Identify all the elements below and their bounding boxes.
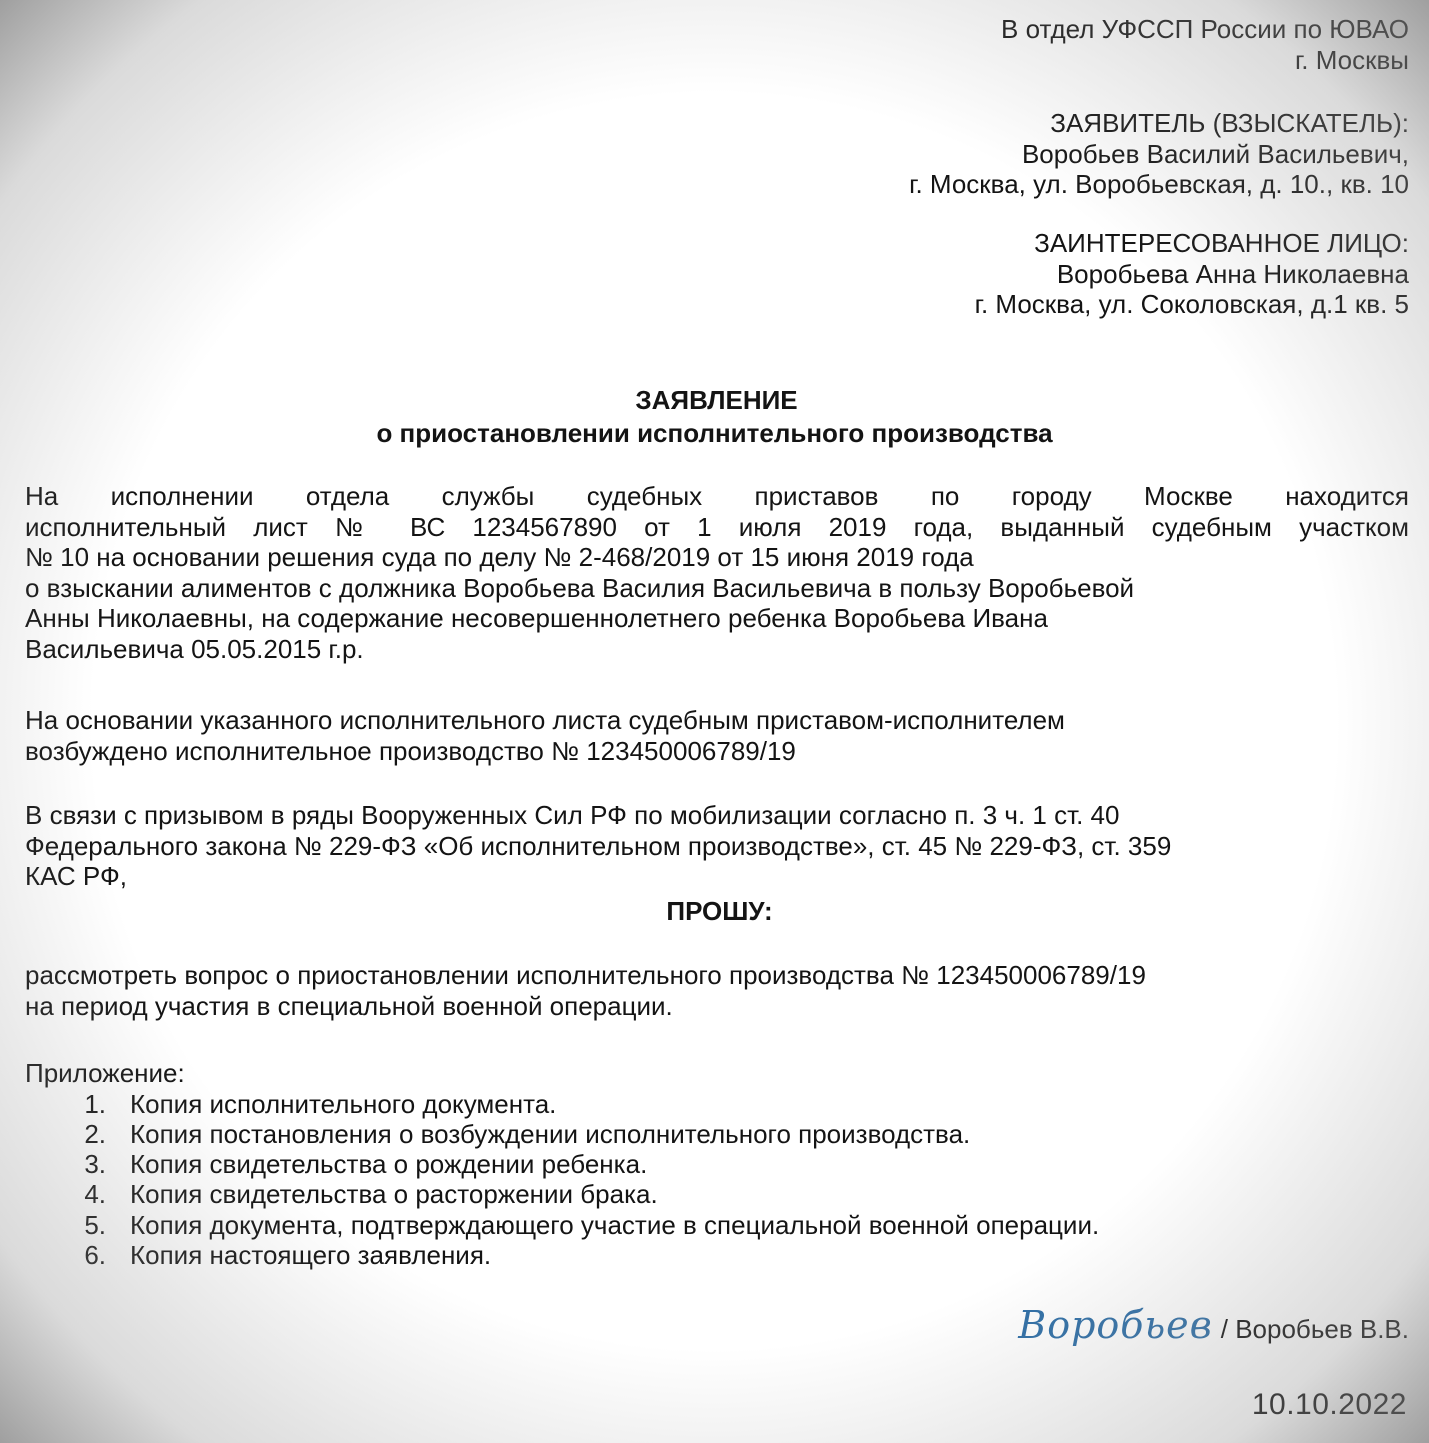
interested-party-name: Воробьева Анна Николаевна (975, 259, 1409, 290)
paragraph-line: КАС РФ, (25, 861, 1409, 892)
attachment-item: 2. Копия постановления о возбуждении исп… (25, 1119, 1409, 1149)
attachment-item: 4. Копия свидетельства о расторжении бра… (25, 1179, 1409, 1209)
paragraph-line: возбуждено исполнительное производство №… (25, 736, 1409, 767)
document-title: ЗАЯВЛЕНИЕ о приостановлении исполнительн… (0, 383, 1429, 449)
printed-signature-name: / Воробьев В.В. (1221, 1314, 1409, 1345)
attachment-text: Копия документа, подтверждающего участие… (130, 1210, 1099, 1240)
interested-party-address: г. Москва, ул. Соколовская, д.1 кв. 5 (975, 289, 1409, 320)
paragraph-line: исполнительный лист № ВС 1234567890 от 1… (25, 512, 1409, 543)
document-page: В отдел УФССП России по ЮВАО г. Москвы З… (0, 0, 1429, 1443)
attachment-text: Копия исполнительного документа. (130, 1089, 556, 1119)
attachment-text: Копия свидетельства о рождении ребенка. (130, 1149, 647, 1179)
title-main: ЗАЯВЛЕНИЕ (0, 383, 1429, 417)
attachment-item: 5. Копия документа, подтверждающего учас… (25, 1210, 1409, 1240)
attachment-item: 1. Копия исполнительного документа. (25, 1089, 1409, 1119)
paragraph-line: № 10 на основании решения суда по делу №… (25, 542, 1409, 573)
attachment-text: Копия свидетельства о расторжении брака. (130, 1179, 658, 1209)
interested-party-label: ЗАИНТЕРЕСОВАННОЕ ЛИЦО: (975, 228, 1409, 259)
paragraph-line: рассмотреть вопрос о приостановлении исп… (25, 960, 1409, 991)
paragraph-line: На основании указанного исполнительного … (25, 705, 1409, 736)
addressee-line: В отдел УФССП России по ЮВАО (1001, 14, 1409, 45)
attachments-list: 1. Копия исполнительного документа. 2. К… (25, 1089, 1409, 1271)
title-subtitle: о приостановлении исполнительного произв… (0, 417, 1429, 449)
paragraph-proceedings: На основании указанного исполнительного … (25, 705, 1409, 766)
attachment-item: 6. Копия настоящего заявления. (25, 1240, 1409, 1270)
attachment-number: 5. (50, 1210, 130, 1240)
applicant-name: Воробьев Василий Васильевич, (909, 139, 1409, 170)
attachment-text: Копия настоящего заявления. (130, 1240, 491, 1270)
paragraph-line: о взыскании алиментов с должника Воробье… (25, 573, 1409, 604)
attachment-number: 6. (50, 1240, 130, 1270)
attachments-section: Приложение: 1. Копия исполнительного док… (25, 1058, 1409, 1270)
petition-heading: ПРОШУ: (0, 895, 1429, 927)
applicant-address: г. Москва, ул. Воробьевская, д. 10., кв.… (909, 169, 1409, 200)
attachment-number: 1. (50, 1089, 130, 1119)
paragraph-legal-basis: В связи с призывом в ряды Вооруженных Си… (25, 800, 1409, 892)
attachments-label: Приложение: (25, 1058, 1409, 1089)
attachment-text: Копия постановления о возбуждении исполн… (130, 1119, 970, 1149)
paragraph-line: Васильевича 05.05.2015 г.р. (25, 634, 1409, 665)
paragraph-enforcement-details: На исполнении отдела службы судебных при… (25, 481, 1409, 664)
interested-party-block: ЗАИНТЕРЕСОВАННОЕ ЛИЦО: Воробьева Анна Ни… (975, 228, 1409, 320)
paragraph-line: Федерального закона № 229-ФЗ «Об исполни… (25, 831, 1409, 862)
applicant-block: ЗАЯВИТЕЛЬ (ВЗЫСКАТЕЛЬ): Воробьев Василий… (909, 108, 1409, 200)
attachment-number: 2. (50, 1119, 130, 1149)
paragraph-line: на период участия в специальной военной … (25, 991, 1409, 1022)
handwritten-signature: Воробьев (1018, 1303, 1213, 1347)
attachment-item: 3. Копия свидетельства о рождении ребенк… (25, 1149, 1409, 1179)
attachment-number: 4. (50, 1179, 130, 1209)
document-date: 10.10.2022 (1252, 1388, 1407, 1422)
addressee-block: В отдел УФССП России по ЮВАО г. Москвы (1001, 14, 1409, 75)
attachment-number: 3. (50, 1149, 130, 1179)
paragraph-line: На исполнении отдела службы судебных при… (25, 481, 1409, 512)
paragraph-line: В связи с призывом в ряды Вооруженных Си… (25, 800, 1409, 831)
addressee-line: г. Москвы (1001, 45, 1409, 76)
paragraph-line: Анны Николаевны, на содержание несоверше… (25, 603, 1409, 634)
signature-row: Воробьев / Воробьев В.В. (1018, 1303, 1409, 1347)
applicant-label: ЗАЯВИТЕЛЬ (ВЗЫСКАТЕЛЬ): (909, 108, 1409, 139)
paragraph-request: рассмотреть вопрос о приостановлении исп… (25, 960, 1409, 1021)
